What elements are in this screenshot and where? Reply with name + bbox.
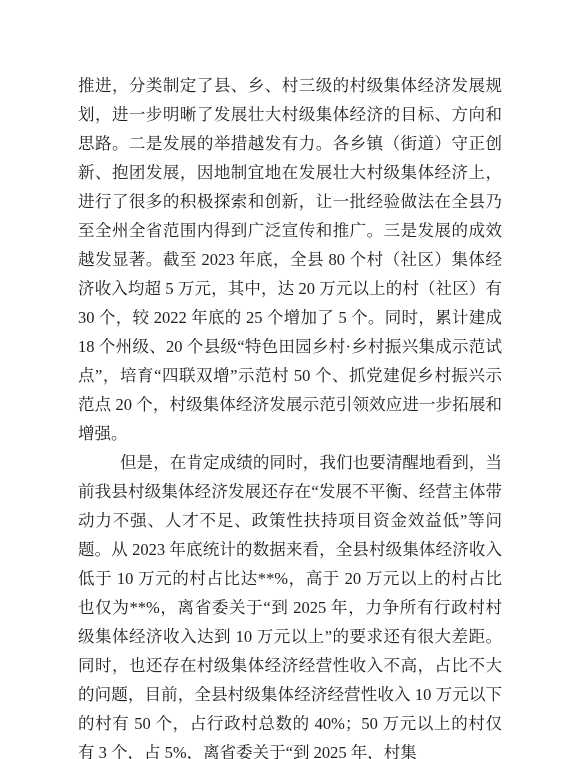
paragraph-continued-from-previous-page: 推进，分类制定了县、乡、村三级的村级集体经济发展规划，进一步明晰了发展壮大村级集… [78, 71, 502, 448]
paragraph-problems-section: 但是，在肯定成绩的同时，我们也要清醒地看到，当前我县村级集体经济发展还存在“发展… [78, 448, 502, 759]
document-text-block: 推进，分类制定了县、乡、村三级的村级集体经济发展规划，进一步明晰了发展壮大村级集… [78, 71, 502, 759]
document-page: 推进，分类制定了县、乡、村三级的村级集体经济发展规划，进一步明晰了发展壮大村级集… [0, 0, 586, 759]
